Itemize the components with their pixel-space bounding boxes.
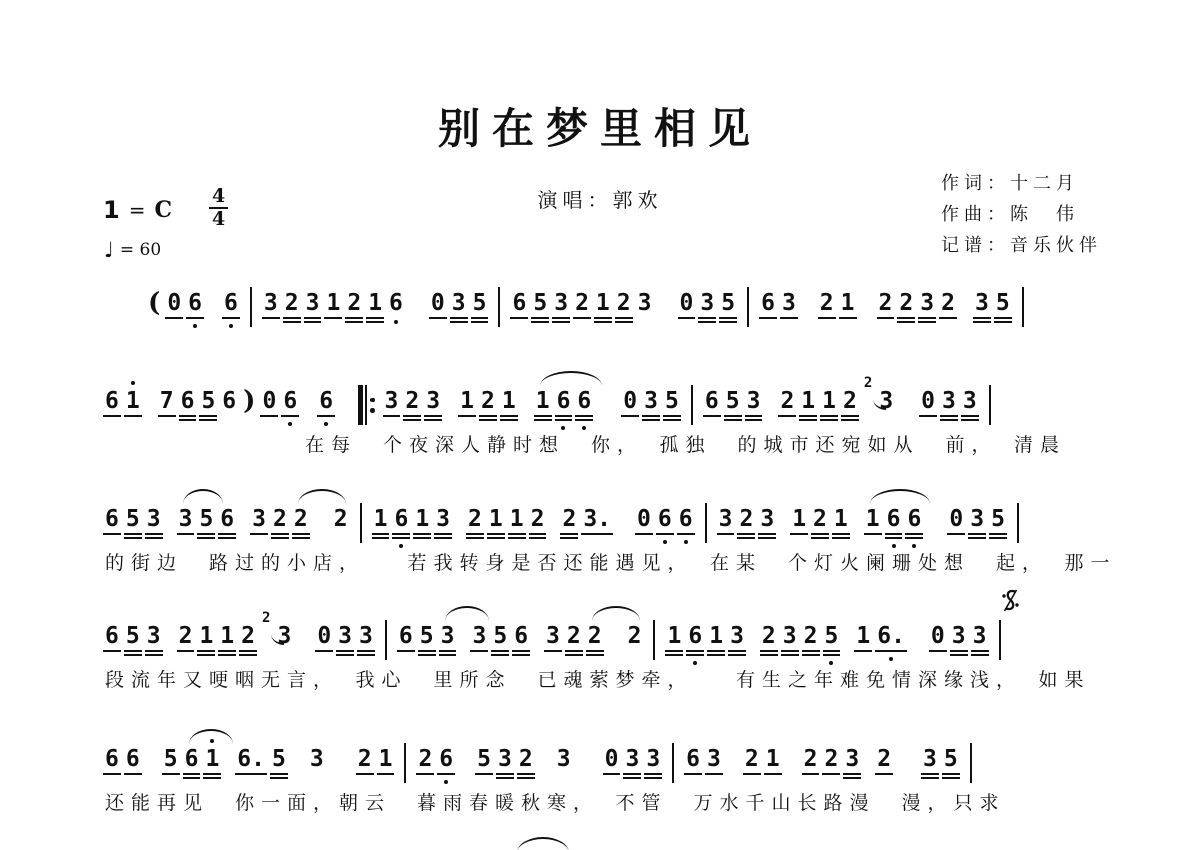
music-line-1: (066323121603565321230356321223235 <box>148 290 1029 370</box>
note: 6 <box>220 506 234 532</box>
note: 6 <box>907 506 921 532</box>
note: 6 <box>185 746 199 772</box>
note: 3 <box>554 290 568 316</box>
sheet-music-page: 别在梦里相见 演唱：郭欢 作词：十二月 作曲：陈 伟 记谱：音乐伙伴 1 = C… <box>0 0 1200 850</box>
note: 0 <box>623 388 637 414</box>
spacer <box>168 506 172 507</box>
spacer <box>447 388 453 389</box>
notation-row-2: 617656)066323121166035653211223033 <box>105 388 996 425</box>
note: 5 <box>201 388 215 414</box>
page-title: 别在梦里相见 <box>0 96 1200 156</box>
note: 2 <box>285 290 299 316</box>
note: 0 <box>637 506 651 532</box>
note: 3 <box>700 290 714 316</box>
note: 1 <box>766 746 780 772</box>
note: 2 <box>468 506 482 532</box>
key-signature: 1 = C 4 4 <box>103 188 228 232</box>
note: 3 <box>942 388 956 414</box>
credit-lyricist: 作词：十二月 <box>941 168 1102 199</box>
note: 1 <box>415 506 429 532</box>
note: 2 <box>745 746 759 772</box>
note: 2 <box>899 290 913 316</box>
note: 3 <box>845 746 859 772</box>
note: 5 <box>493 623 507 649</box>
spacer <box>803 290 813 291</box>
notation-row-1: (066323121603565321230356321223235 <box>148 290 1029 327</box>
note: 0 <box>949 506 963 532</box>
spacer <box>461 623 465 624</box>
key-tonic: 1 <box>103 196 120 224</box>
note: 3 <box>147 506 161 532</box>
segno-glyph <box>1001 587 1020 614</box>
note: 6 <box>224 290 238 316</box>
key-equals: = <box>129 198 146 222</box>
note: 3 <box>973 623 987 649</box>
note: 6 <box>887 506 901 532</box>
note: 2 <box>273 506 287 532</box>
note: 6 <box>688 623 702 649</box>
credit-notation: 记谱：音乐伙伴 <box>941 230 1102 261</box>
spacer <box>523 388 529 389</box>
slur-arc <box>592 606 640 621</box>
note: 0 <box>167 290 181 316</box>
note: 6 <box>514 623 528 649</box>
tempo-mark: ♩ = 60 <box>104 238 161 262</box>
note: 1 <box>368 290 382 316</box>
note: 2 <box>804 623 818 649</box>
spacer <box>535 623 539 624</box>
note: 1 <box>709 623 723 649</box>
note: 3 <box>546 623 560 649</box>
spacer <box>410 290 424 291</box>
spacer <box>598 388 616 389</box>
note: 1 <box>841 290 855 316</box>
note: 2 <box>334 506 348 532</box>
spacer <box>900 388 914 389</box>
note: 2 <box>418 746 432 772</box>
note: 2 <box>804 746 818 772</box>
spacer <box>304 388 312 389</box>
parenthesis: ( <box>148 290 160 316</box>
note: 3 <box>252 506 266 532</box>
note: 0 <box>921 388 935 414</box>
note: 2 <box>617 290 631 316</box>
time-signature: 4 4 <box>209 186 228 230</box>
note: 6 <box>679 506 693 532</box>
note: 1 <box>326 290 340 316</box>
spacer <box>460 746 470 747</box>
note: 1 <box>489 506 503 532</box>
barline <box>653 620 655 660</box>
note: 6 <box>577 388 591 414</box>
note: 2 <box>780 388 794 414</box>
note: 6 <box>126 746 140 772</box>
slur-arc <box>870 489 930 504</box>
note: 1 <box>510 506 524 532</box>
note: 2 <box>877 746 891 772</box>
note: 5 <box>272 746 286 772</box>
spacer <box>767 388 773 389</box>
note: 6 <box>188 290 202 316</box>
note: 5 <box>164 746 178 772</box>
spacer <box>457 506 461 507</box>
credits-block: 作词：十二月 作曲：陈 伟 记谱：音乐伙伴 <box>941 168 1102 261</box>
spacer <box>209 290 217 291</box>
barline <box>360 503 362 543</box>
note: 1 <box>205 746 219 772</box>
note: 3 <box>310 746 324 772</box>
note: 2 <box>941 290 955 316</box>
spacer <box>168 623 172 624</box>
note: 6 <box>686 746 700 772</box>
note: 5 <box>944 746 958 772</box>
note: 3 <box>719 506 733 532</box>
note: 1 <box>199 623 213 649</box>
note: 1 <box>536 388 550 414</box>
spacer <box>781 506 785 507</box>
spacer <box>551 506 555 507</box>
lyrics-line-3: 段流年又哽咽无言， 我心 里所念 已魂萦梦牵， 有生之年难免情深缘浅， 如果 <box>105 665 1091 692</box>
barline <box>404 743 406 783</box>
spacer <box>866 746 870 747</box>
note: 2 <box>405 388 419 414</box>
note: 3 <box>359 623 373 649</box>
note: 2 <box>347 290 361 316</box>
barline <box>1022 287 1024 327</box>
spacer <box>241 506 245 507</box>
note: 5 <box>533 290 547 316</box>
lyrics-line-2: 的街边 路过的小店， 若我转身是否还能遇见， 在某 个灯火阑珊处想 起， 那一 <box>105 548 1117 575</box>
slur-arc <box>540 371 602 386</box>
music-line-3: 65335632221613211223.066323121166035 的街边… <box>105 506 1024 586</box>
note: 0 <box>680 290 694 316</box>
spacer <box>226 746 230 747</box>
note: 5 <box>473 290 487 316</box>
note: 0 <box>431 290 445 316</box>
note: 1 <box>379 746 393 772</box>
note: 3 <box>747 388 761 414</box>
spacer <box>578 746 598 747</box>
spacer <box>618 506 630 507</box>
spacer <box>912 623 924 624</box>
barline <box>747 287 749 327</box>
note: 6 <box>105 623 119 649</box>
note: 2 <box>628 623 642 649</box>
note: 5 <box>126 623 140 649</box>
note: 3 <box>975 290 989 316</box>
note: 5 <box>825 623 839 649</box>
note: 3 <box>970 506 984 532</box>
note: 0 <box>317 623 331 649</box>
note: 2 <box>739 506 753 532</box>
note: 2 <box>562 506 576 532</box>
key-name: C <box>154 197 172 223</box>
note: 5 <box>726 388 740 414</box>
slur-arc <box>298 489 346 504</box>
note: 3 <box>952 623 966 649</box>
note: 3 <box>923 746 937 772</box>
note: 3 <box>557 746 571 772</box>
barline <box>1017 503 1019 543</box>
notation-row-5: 665616.53212653230336321223235 <box>105 746 977 783</box>
note: 6 <box>105 388 119 414</box>
note: 3 <box>472 623 486 649</box>
note: 0 <box>931 623 945 649</box>
note: 3 <box>338 623 352 649</box>
note: 6 <box>705 388 719 414</box>
spacer <box>855 506 859 507</box>
barline <box>970 743 972 783</box>
note: 1 <box>460 388 474 414</box>
note: 3 <box>783 623 797 649</box>
note: 6 <box>394 506 408 532</box>
notation-row-3: 65335632221613211223.066323121166035 <box>105 506 1024 543</box>
note: 3. <box>583 506 611 532</box>
music-line-5: 665616.53212653230336321223235 还能再见 你一面，… <box>105 746 977 826</box>
spacer <box>147 388 153 389</box>
note: 2 <box>824 746 838 772</box>
note: 2 <box>843 388 857 414</box>
note: 5 <box>721 290 735 316</box>
spacer <box>845 623 849 624</box>
note: 1 <box>220 623 234 649</box>
note: 2 <box>575 290 589 316</box>
note: 3 <box>646 746 660 772</box>
spacer <box>728 746 738 747</box>
note: 6 <box>761 290 775 316</box>
note: 0 <box>605 746 619 772</box>
barline <box>672 743 674 783</box>
grace-note: 2 <box>864 375 872 401</box>
slur-arc <box>445 606 489 621</box>
note: 3 <box>879 388 893 414</box>
credit-composer: 作曲：陈 伟 <box>941 199 1102 230</box>
note: 6. <box>877 623 905 649</box>
note: 6 <box>658 506 672 532</box>
repeat-start-sign <box>358 385 375 425</box>
note: 5 <box>996 290 1010 316</box>
meter-denominator: 4 <box>212 209 225 230</box>
spacer <box>928 506 942 507</box>
note: 2 <box>358 746 372 772</box>
note: 2 <box>179 623 193 649</box>
note: 3 <box>963 388 977 414</box>
grace-note: 2 <box>262 610 270 636</box>
note: 3 <box>385 388 399 414</box>
note: 3 <box>782 290 796 316</box>
spacer <box>962 290 968 291</box>
note: 3 <box>707 746 721 772</box>
note: 3 <box>441 623 455 649</box>
spacer <box>751 623 755 624</box>
barline <box>705 503 707 543</box>
barline <box>999 620 1001 660</box>
note: 2 <box>588 623 602 649</box>
barline <box>385 620 387 660</box>
spacer <box>298 623 310 624</box>
note: 6 <box>389 290 403 316</box>
note: 1 <box>801 388 815 414</box>
note: 6 <box>512 290 526 316</box>
note: 1 <box>822 388 836 414</box>
note: 6. <box>237 746 265 772</box>
note: 3 <box>179 506 193 532</box>
note: 3 <box>452 290 466 316</box>
note: 2 <box>762 623 776 649</box>
note: 2 <box>241 623 255 649</box>
note: 3 <box>644 388 658 414</box>
note: 3 <box>625 746 639 772</box>
spacer <box>340 388 348 389</box>
spacer <box>315 506 327 507</box>
note: 3 <box>147 623 161 649</box>
spacer <box>898 746 916 747</box>
note: 2 <box>519 746 533 772</box>
music-line-2: 617656)066323121166035653211223033 在每 个夜… <box>105 388 996 468</box>
note: 5 <box>477 746 491 772</box>
meter-numerator: 4 <box>209 186 228 209</box>
note: 2 <box>820 290 834 316</box>
note: 2 <box>567 623 581 649</box>
note: 3 <box>306 290 320 316</box>
note: 2 <box>813 506 827 532</box>
note: 1 <box>126 388 140 414</box>
spacer <box>540 746 550 747</box>
note: 3 <box>264 290 278 316</box>
note: 7 <box>160 388 174 414</box>
note: 6 <box>181 388 195 414</box>
note: 5 <box>199 506 213 532</box>
note: 1 <box>374 506 388 532</box>
note: 1 <box>667 623 681 649</box>
note: 1 <box>792 506 806 532</box>
music-line-4: 65321122303365335632221613232516.033 段流年… <box>105 623 1020 703</box>
note: 3 <box>730 623 744 649</box>
note: 5 <box>991 506 1005 532</box>
note: 2 <box>879 290 893 316</box>
spacer <box>659 290 673 291</box>
parenthesis: ) <box>243 388 255 414</box>
note: 3 <box>498 746 512 772</box>
note: 0 <box>262 388 276 414</box>
note: 1 <box>856 623 870 649</box>
note: 2 <box>481 388 495 414</box>
slur-arc <box>183 489 223 504</box>
note: 5 <box>665 388 679 414</box>
note: 6 <box>105 506 119 532</box>
note: 6 <box>439 746 453 772</box>
quarter-note-icon: ♩ <box>104 238 114 262</box>
note: 1 <box>866 506 880 532</box>
lyrics-line-4: 还能再见 你一面，朝云 暮雨春暖秋寒， 不管 万水千山长路漫 漫，只求 <box>105 788 1006 815</box>
slur-arc-cutoff <box>517 837 569 850</box>
spacer <box>609 623 621 624</box>
note: 1 <box>596 290 610 316</box>
note: 3 <box>436 506 450 532</box>
note: 5 <box>126 506 140 532</box>
tempo-value: = 60 <box>120 240 161 260</box>
spacer <box>293 746 303 747</box>
spacer <box>787 746 797 747</box>
barline <box>691 385 693 425</box>
note: 3 <box>920 290 934 316</box>
spacer <box>331 746 351 747</box>
note: 6 <box>319 388 333 414</box>
note: 6 <box>557 388 571 414</box>
note: 3 <box>277 623 291 649</box>
spacer <box>862 290 872 291</box>
note: 6 <box>399 623 413 649</box>
note: 3 <box>426 388 440 414</box>
note: 2 <box>531 506 545 532</box>
note: 5 <box>420 623 434 649</box>
lyrics-line-1: 在每 个夜深人静时想 你， 孤独 的城市还宛如从 前， 清晨 <box>305 430 1066 457</box>
note: 3 <box>760 506 774 532</box>
note: 3 <box>638 290 652 316</box>
barline <box>250 287 252 327</box>
barline <box>989 385 991 425</box>
note: 6 <box>283 388 297 414</box>
spacer <box>147 746 157 747</box>
notation-row-4: 65321122303365335632221613232516.033 <box>105 623 1020 660</box>
note: 1 <box>834 506 848 532</box>
note: 1 <box>502 388 516 414</box>
barline <box>498 287 500 327</box>
note: 6 <box>105 746 119 772</box>
note: 2 <box>294 506 308 532</box>
segno-icon <box>1001 587 1020 618</box>
note: 6 <box>222 388 236 414</box>
